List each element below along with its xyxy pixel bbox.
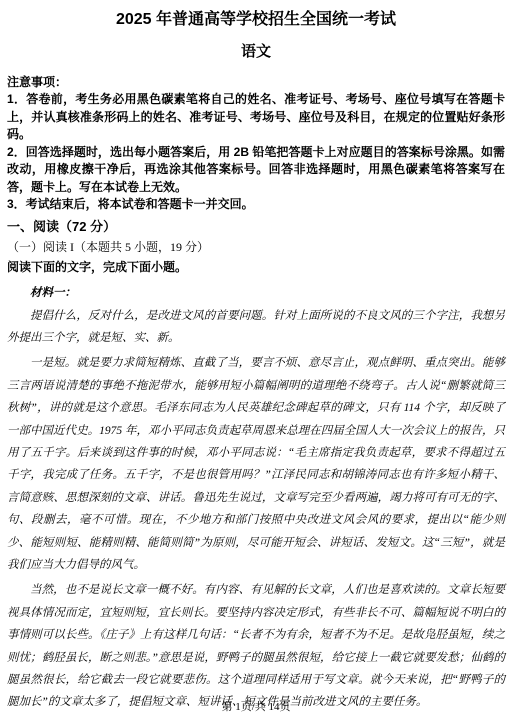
page-number: 第 1页/共 14页 <box>0 698 512 714</box>
subsection-heading-reading-1: （一）阅读 I（本题共 5 小题，19 分） <box>7 237 505 257</box>
exam-paper-page: 2025 年普通高等学校招生全国统一考试 语文 注意事项： 1．答卷前，考生务必… <box>0 0 512 727</box>
material-paragraph-3: 当然，也不是说长文章一概不好。有内容、有见解的长文章，人们也是喜欢读的。文章长短… <box>7 579 505 713</box>
section-heading-reading: 一、阅读（72 分） <box>7 217 505 237</box>
notice-item-2: 2．回答选择题时，选出每小题答案后，用 2B 铅笔把答题卡上对应题目的答案标号涂… <box>7 144 505 197</box>
material-one-label: 材料一： <box>7 284 505 302</box>
notice-item-3: 3．考试结束后，将本试卷和答题卡一并交回。 <box>7 196 505 214</box>
subject-title: 语文 <box>7 41 505 63</box>
notice-item-1: 1．答卷前，考生务必用黑色碳素笔将自己的姓名、准考证号、考场号、座位号填写在答题… <box>7 91 505 144</box>
reading-instruction: 阅读下面的文字，完成下面小题。 <box>7 257 505 277</box>
page-title: 2025 年普通高等学校招生全国统一考试 <box>7 8 505 32</box>
material-paragraph-1: 提倡什么，反对什么，是改进文风的首要问题。针对上面所说的不良文风的三个字注，我想… <box>7 305 505 350</box>
notices-heading: 注意事项： <box>7 74 505 91</box>
material-paragraph-2: 一是短。就是要力求简短精炼、直截了当，要言不烦、意尽言止，观点鲜明、重点突出。能… <box>7 352 505 576</box>
